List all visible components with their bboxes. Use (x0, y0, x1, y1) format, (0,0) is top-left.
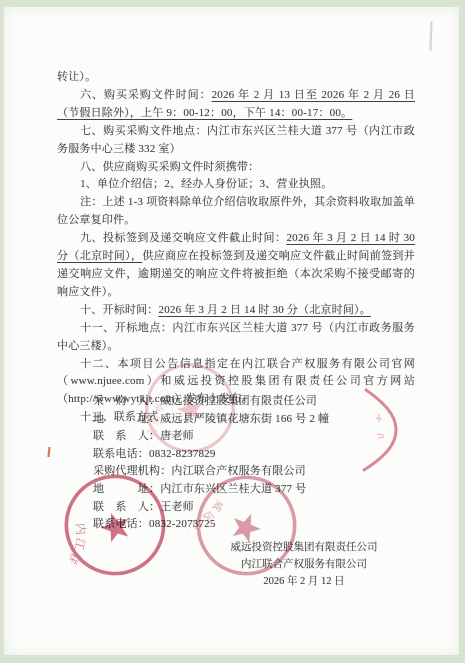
paragraph: 六、购买采购文件时间：2026 年 2 月 13 日至 2026 年 2 月 2… (57, 87, 415, 123)
paragraph: 七、购买采购文件地点：内江市东兴区兰桂大道 377 号（内江市政务服务中心三楼 … (57, 123, 415, 159)
text-segment: 1、单位介绍信；2、经办人身份证；3、营业执照。 (80, 178, 332, 190)
contact-value: 威远县严陵镇花塘东街 166 号 2 幢 (160, 413, 329, 425)
contact-line: 地 址：威远县严陵镇花塘东街 166 号 2 幢 (57, 411, 397, 429)
paragraph: 1、单位介绍信；2、经办人身份证；3、营业执照。 (57, 176, 415, 194)
signature-line: 威远投资控股集团有限责任公司 (222, 540, 386, 557)
contact-line: 联 系 人：王老师 (57, 499, 397, 517)
scanned-document-page: 转让）。六、购买采购文件时间：2026 年 2 月 13 日至 2026 年 2… (0, 0, 465, 663)
contact-label: 联 系 人： (93, 501, 160, 513)
contact-line: 联系电话：0832-2073725 (57, 516, 397, 534)
contact-label: 地 址： (93, 413, 160, 425)
contact-label: 联 系 人： (93, 430, 160, 442)
contact-value: 内江市东兴区兰桂大道 377 号 (160, 483, 306, 495)
margin-ink-mark (45, 446, 53, 458)
underlined-text: 2026 年 3 月 2 日 14 时 30 分（北京时间）。 (159, 304, 371, 316)
text-segment: 十、开标时间： (80, 304, 158, 316)
signature-line: 内江联合产权服务有限公司 (222, 557, 386, 574)
paragraph: 十一、开标地点：内江市东兴区兰桂大道 377 号（内江市政务服务中心三楼）。 (57, 320, 415, 356)
contact-value: 0832-2073725 (149, 518, 216, 530)
contact-label: 采购代理机构： (93, 465, 171, 477)
document-body: 转让）。六、购买采购文件时间：2026 年 2 月 13 日至 2026 年 2… (57, 69, 415, 427)
text-segment: 九、投标签到及递交响应文件截止时间： (80, 232, 286, 244)
paper-sheet: 转让）。六、购买采购文件时间：2026 年 2 月 13 日至 2026 年 2… (4, 7, 459, 655)
contact-value: 内江联合产权服务有限公司 (171, 465, 305, 477)
contact-line: 采购代理机构：内江联合产权服务有限公司 (57, 463, 397, 481)
contact-line: 采 购 人：威远投资控股集团有限责任公司 (57, 393, 397, 411)
text-segment: 十一、开标地点：内江市东兴区兰桂大道 377 号（内江市政务服务中心三楼）。 (57, 322, 415, 352)
contact-line: 地 址：内江市东兴区兰桂大道 377 号 (57, 481, 397, 499)
signature-line: 2026 年 2 月 12 日 (222, 574, 386, 591)
contact-line: 联 系 人：唐老师 (57, 428, 397, 446)
paragraph: 十、开标时间：2026 年 3 月 2 日 14 时 30 分（北京时间）。 (57, 302, 415, 320)
paragraph: 九、投标签到及递交响应文件截止时间：2026 年 3 月 2 日 14 时 30… (57, 230, 415, 302)
signature-block: 威远投资控股集团有限责任公司内江联合产权服务有限公司2026 年 2 月 12 … (222, 540, 386, 590)
text-segment: 七、购买采购文件地点：内江市东兴区兰桂大道 377 号（内江市政务服务中心三楼 … (57, 125, 415, 155)
contact-label: 联系电话： (93, 518, 149, 530)
paragraph: 注：上述 1-3 项资料除单位介绍信收取原件外，其余资料收取加盖单位公章复印件。 (57, 194, 415, 230)
contact-value: 王老师 (160, 501, 194, 513)
text-segment: 转让）。 (57, 71, 96, 83)
text-segment: 六、购买采购文件时间： (80, 89, 211, 101)
contact-value: 威远投资控股集团有限责任公司 (160, 395, 317, 407)
text-segment: 八、供应商购买采购文件时须携带： (80, 161, 259, 173)
contact-block: 采 购 人：威远投资控股集团有限责任公司地 址：威远县严陵镇花塘东街 166 号… (57, 393, 397, 534)
pencil-mark (427, 18, 435, 54)
contact-label: 联系电话： (93, 448, 149, 460)
paragraph: 八、供应商购买采购文件时须携带： (57, 159, 415, 177)
contact-line: 联系电话：0832-8237829 (57, 446, 397, 464)
contact-label: 采 购 人： (93, 395, 160, 407)
contact-label: 地 址： (93, 483, 160, 495)
contact-value: 唐老师 (160, 430, 194, 442)
contact-value: 0832-8237829 (149, 448, 216, 460)
text-segment: 注：上述 1-3 项资料除单位介绍信收取原件外，其余资料收取加盖单位公章复印件。 (57, 196, 415, 226)
paragraph: 转让）。 (57, 69, 415, 87)
